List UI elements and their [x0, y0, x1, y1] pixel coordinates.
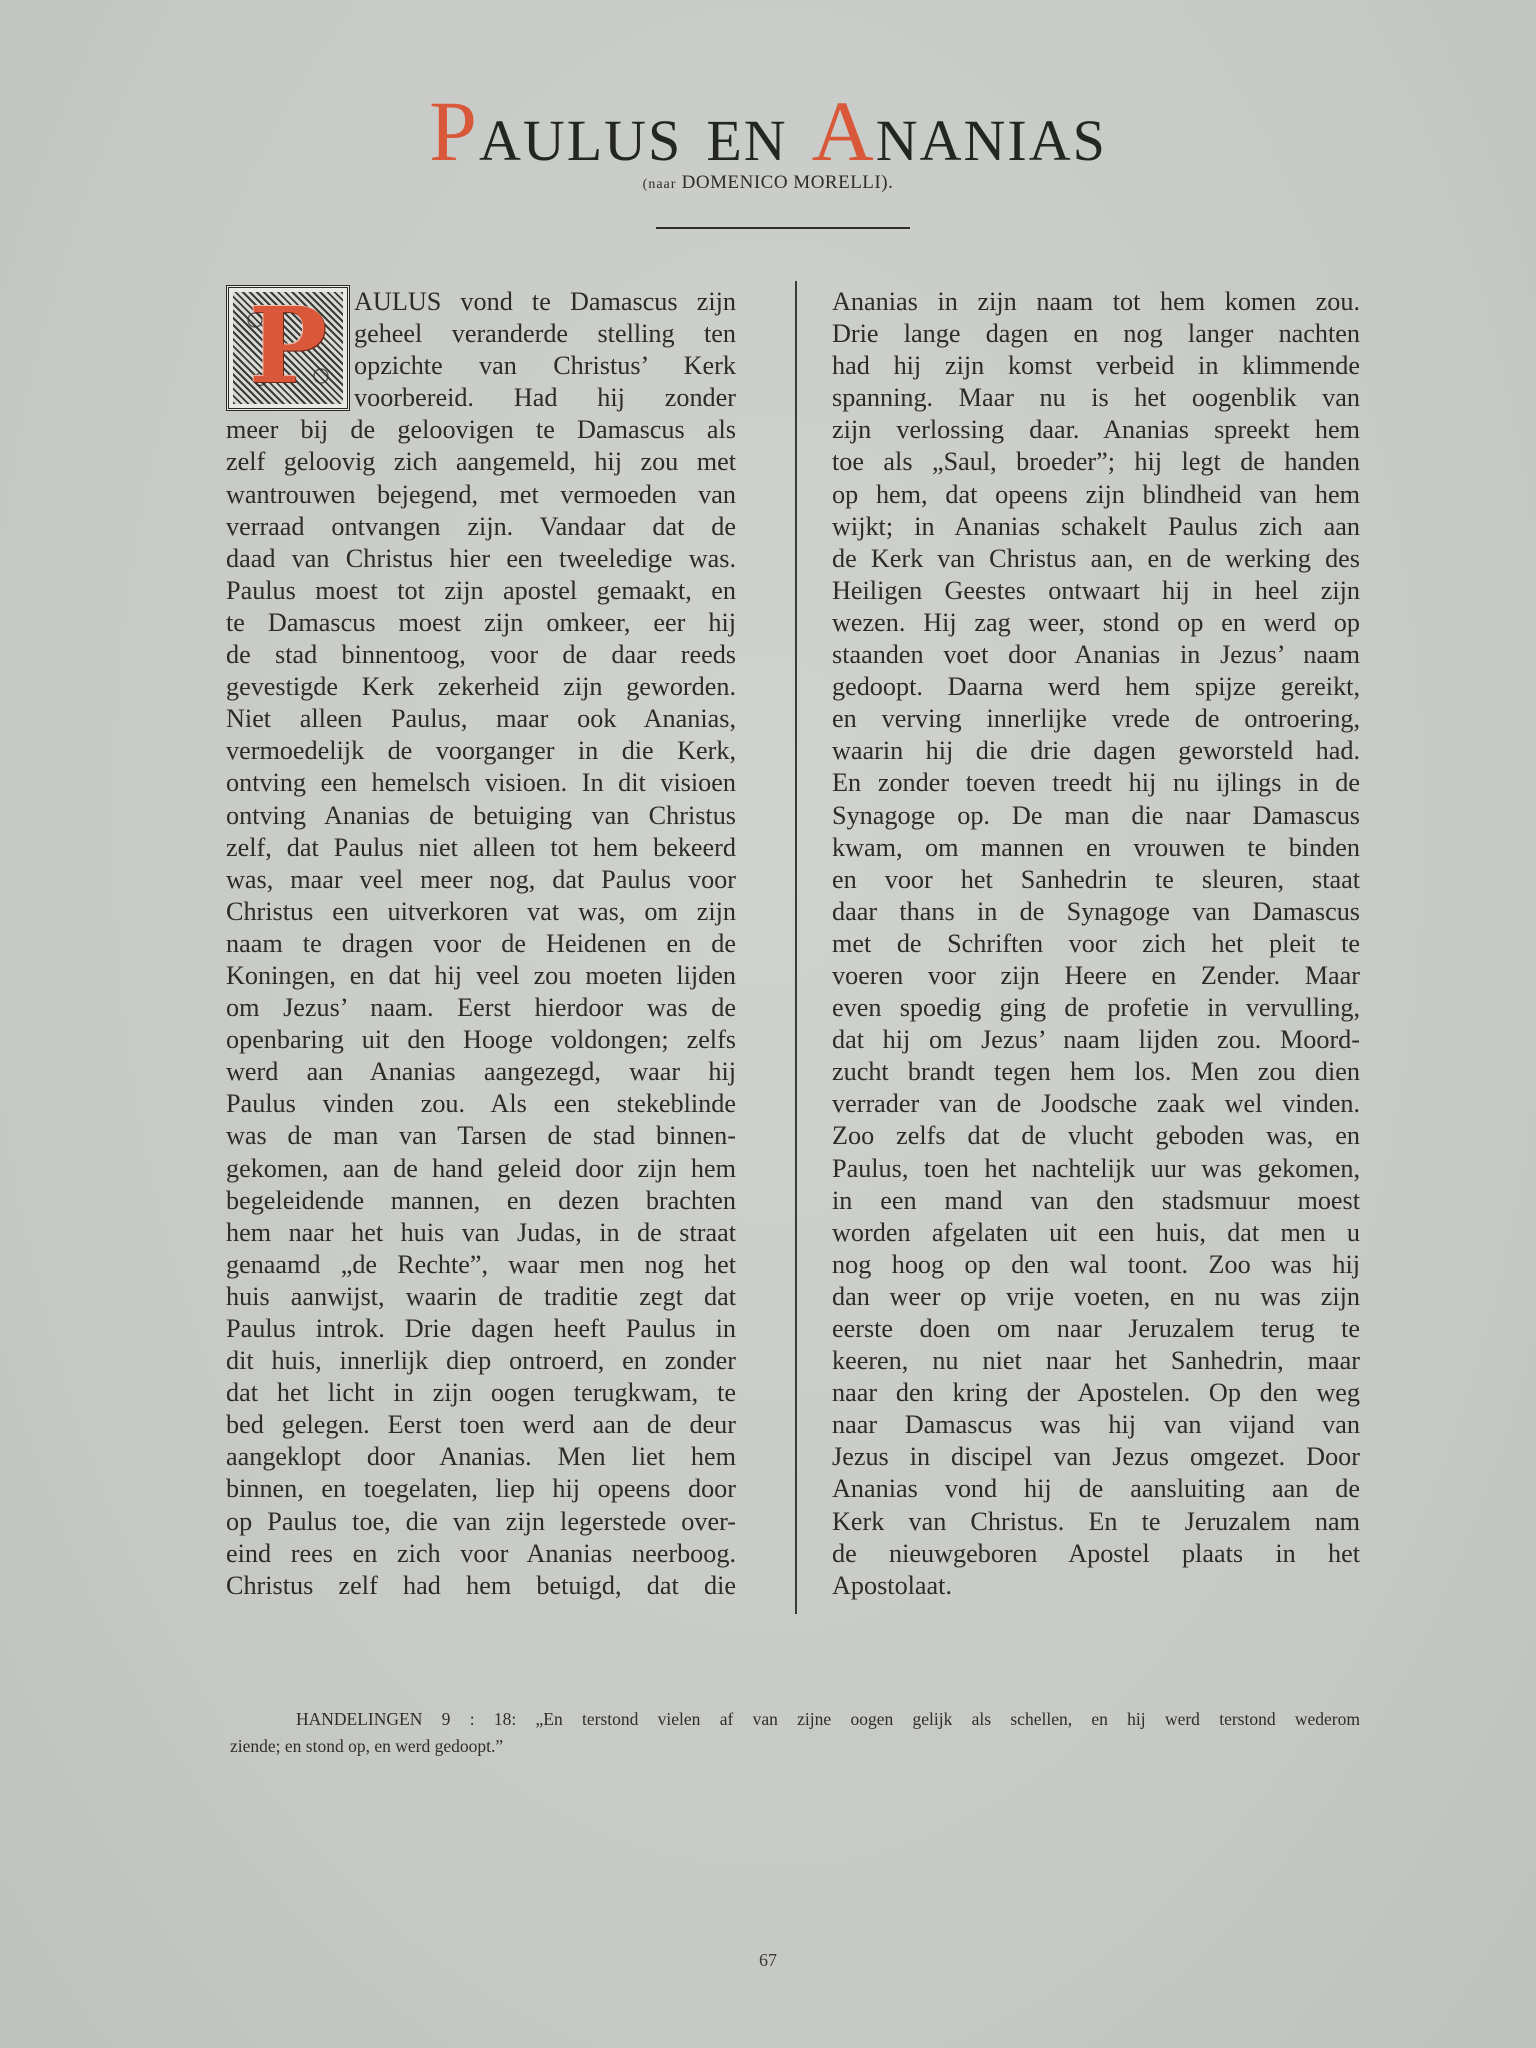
text-line: op hem, dat opeens zijn blindheid van he…: [832, 479, 1360, 511]
text-line: waarin hij die drie dagen geworsteld had…: [832, 735, 1360, 767]
text-line: had hij zijn komst verbeid in klimmende: [832, 350, 1360, 382]
text-line: ontving Ananias de betuiging van Christu…: [226, 800, 736, 832]
text-line: huis aanwijst, waarin de traditie zegt d…: [226, 1281, 736, 1313]
text-line: spanning. Maar nu is het oogenblik van: [832, 382, 1360, 414]
text-line: zelf, dat Paulus niet alleen tot hem bek…: [226, 832, 736, 864]
text-line: Paulus introk. Drie dagen heeft Paulus i…: [226, 1313, 736, 1345]
text-line: binnen, en toegelaten, liep hij opeens d…: [226, 1473, 736, 1505]
text-line: wezen. Hij zag weer, stond op en werd op: [832, 607, 1360, 639]
text-line: En zonder toeven treedt hij nu ijlings i…: [832, 767, 1360, 799]
text-line: aangeklopt door Ananias. Men liet hem: [226, 1441, 736, 1473]
text-line: was, maar veel meer nog, dat Paulus voor: [226, 864, 736, 896]
text-line: Christus zelf had hem betuigd, dat die: [226, 1570, 736, 1602]
title-word-en: EN: [706, 108, 787, 173]
text-line: daar thans in de Synagoge van Damascus: [832, 896, 1360, 928]
text-line: Ananias in zijn naam tot hem komen zou.: [832, 286, 1360, 318]
footnote-line-2: ziende; en stond op, en werd gedoopt.”: [230, 1733, 1360, 1760]
text-line: daad van Christus hier een tweeledige wa…: [226, 543, 736, 575]
text-line: dit huis, innerlijk diep ontroerd, en zo…: [226, 1345, 736, 1377]
text-line: AULUS vond te Damascus zijn: [226, 286, 736, 318]
text-line: Niet alleen Paulus, maar ook Ananias,: [226, 703, 736, 735]
title-initial-p: P: [429, 83, 479, 179]
text-line: de stad binnentoog, voor de daar reeds: [226, 639, 736, 671]
text-line: Zoo zelfs dat de vlucht geboden was, en: [832, 1120, 1360, 1152]
text-line: bed gelegen. Eerst toen werd aan de deur: [226, 1409, 736, 1441]
book-page: PAULUSENANANIAS (naar DOMENICO MORELLI).…: [0, 0, 1536, 2048]
text-line: om Jezus’ naam. Eerst hierdoor was de: [226, 992, 736, 1024]
text-line: werd aan Ananias aangezegd, waar hij: [226, 1056, 736, 1088]
text-line: gekomen, aan de hand geleid door zijn he…: [226, 1153, 736, 1185]
text-line: verraad ontvangen zijn. Vandaar dat de: [226, 511, 736, 543]
column-divider: [795, 281, 797, 1614]
text-line: keeren, nu niet naar het Sanhedrin, maar: [832, 1345, 1360, 1377]
text-line: Koningen, en dat hij veel zou moeten lij…: [226, 960, 736, 992]
subtitle-artist: DOMENICO MORELLI).: [682, 172, 894, 193]
text-line: begeleidende mannen, en dezen brachten: [226, 1185, 736, 1217]
text-line: geheel veranderde stelling ten: [226, 318, 736, 350]
text-line: voorbereid. Had hij zonder: [226, 382, 736, 414]
text-line: met de Schriften voor zich het pleit te: [832, 928, 1360, 960]
text-line: naar Damascus was hij van vijand van: [832, 1409, 1360, 1441]
text-line: Kerk van Christus. En te Jeruzalem nam: [832, 1506, 1360, 1538]
text-line: eerste doen om naar Jeruzalem terug te: [832, 1313, 1360, 1345]
text-line: Paulus, toen het nachtelijk uur was geko…: [832, 1153, 1360, 1185]
text-line: meer bij de geloovigen te Damascus als: [226, 414, 736, 446]
text-line: eind rees en zich voor Ananias neerboog.: [226, 1538, 736, 1570]
text-line: Paulus moest tot zijn apostel gemaakt, e…: [226, 575, 736, 607]
title-word-paulus: AULUS: [479, 108, 682, 173]
scripture-footnote: HANDELINGEN 9 : 18: „En terstond vielen …: [230, 1706, 1360, 1760]
text-line: dat het licht in zijn oogen terugkwam, t…: [226, 1377, 736, 1409]
text-line: wijkt; in Ananias schakelt Paulus zich a…: [832, 511, 1360, 543]
text-line: Heiligen Geestes ontwaart hij in heel zi…: [832, 575, 1360, 607]
page-number: 67: [0, 1950, 1536, 1971]
text-line: naar den kring der Apostelen. Op den weg: [832, 1377, 1360, 1409]
text-line: en verving innerlijke vrede de ontroerin…: [832, 703, 1360, 735]
text-line: ontving een hemelsch visioen. In dit vis…: [226, 767, 736, 799]
text-line: Paulus vinden zou. Als een stekeblinde: [226, 1088, 736, 1120]
text-line: even spoedig ging de profetie in vervull…: [832, 992, 1360, 1024]
text-line: gedoopt. Daarna werd hem spijze gereikt,: [832, 671, 1360, 703]
text-line: voeren voor zijn Heere en Zender. Maar: [832, 960, 1360, 992]
text-line: naam te dragen voor de Heidenen en de: [226, 928, 736, 960]
text-line: dan weer op vrije voeten, en nu was zijn: [832, 1281, 1360, 1313]
text-line: en voor het Sanhedrin te sleuren, staat: [832, 864, 1360, 896]
footnote-line-1: HANDELINGEN 9 : 18: „En terstond vielen …: [230, 1706, 1360, 1733]
text-line: genaamd „de Rechte”, waar men nog het: [226, 1249, 736, 1281]
article-column-left: AULUS vond te Damascus zijngeheel verand…: [226, 286, 736, 1602]
text-line: te Damascus moest zijn omkeer, eer hij: [226, 607, 736, 639]
text-line: staanden voet door Ananias in Jezus’ naa…: [832, 639, 1360, 671]
title-word-ananias: NANIAS: [876, 108, 1107, 173]
text-line: wantrouwen bejegend, met vermoeden van: [226, 479, 736, 511]
text-line: worden afgelaten uit een huis, dat men u: [832, 1217, 1360, 1249]
text-line: vermoedelijk de voorganger in die Kerk,: [226, 735, 736, 767]
text-line: Christus een uitverkoren vat was, om zij…: [226, 896, 736, 928]
text-line: zijn verlossing daar. Ananias spreekt he…: [832, 414, 1360, 446]
text-line: zucht brandt tegen hem los. Men zou dien: [832, 1056, 1360, 1088]
text-line: nog hoog op den wal toont. Zoo was hij: [832, 1249, 1360, 1281]
text-line: Drie lange dagen en nog langer nachten: [832, 318, 1360, 350]
text-line: in een mand van den stadsmuur moest: [832, 1185, 1360, 1217]
text-line: hem naar het huis van Judas, in de straa…: [226, 1217, 736, 1249]
text-line: Apostolaat.: [832, 1570, 1360, 1602]
text-line: zelf geloovig zich aangemeld, hij zou me…: [226, 446, 736, 478]
text-line: Jezus in discipel van Jezus omgezet. Doo…: [832, 1441, 1360, 1473]
subtitle-attribution: (naar DOMENICO MORELLI).: [0, 172, 1536, 194]
text-line: Ananias vond hij de aansluiting aan de: [832, 1473, 1360, 1505]
text-line: de nieuwgeboren Apostel plaats in het: [832, 1538, 1360, 1570]
text-line: de Kerk van Christus aan, en de werking …: [832, 543, 1360, 575]
text-line: kwam, om mannen en vrouwen te binden: [832, 832, 1360, 864]
article-column-right: Ananias in zijn naam tot hem komen zou.D…: [832, 286, 1360, 1602]
text-line: gevestigde Kerk zekerheid zijn geworden.: [226, 671, 736, 703]
text-line: toe als „Saul, broeder”; hij legt de han…: [832, 446, 1360, 478]
text-line: op Paulus toe, die van zijn legerstede o…: [226, 1506, 736, 1538]
subtitle-prefix: (naar: [643, 177, 677, 192]
text-line: Synagoge op. De man die naar Damascus: [832, 800, 1360, 832]
text-line: dat hij om Jezus’ naam lijden zou. Moord…: [832, 1024, 1360, 1056]
text-line: was de man van Tarsen de stad binnen-: [226, 1120, 736, 1152]
title-divider: [656, 227, 910, 229]
title-initial-a: A: [812, 83, 876, 179]
text-line: verrader van de Joodsche zaak wel vinden…: [832, 1088, 1360, 1120]
text-line: opzichte van Christus’ Kerk: [226, 350, 736, 382]
text-line: openbaring uit den Hooge voldongen; zelf…: [226, 1024, 736, 1056]
page-title: PAULUSENANANIAS: [0, 88, 1536, 174]
